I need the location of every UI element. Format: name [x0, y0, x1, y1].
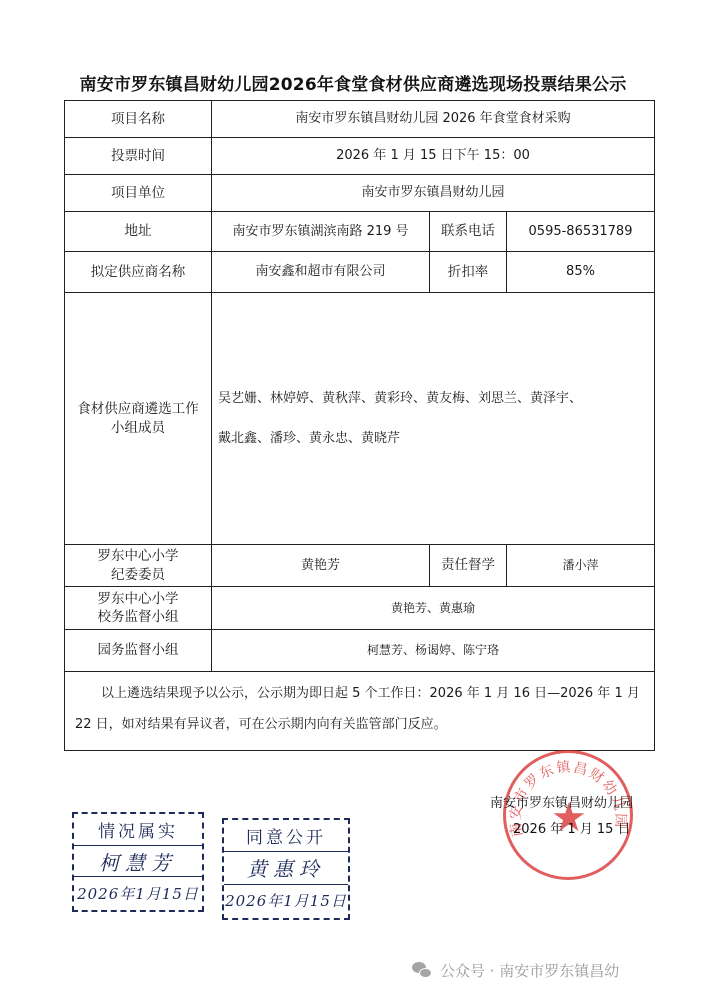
row-address: 地址 南安市罗东镇湖滨南路 219 号 联系电话 0595-86531789: [65, 212, 655, 252]
address-value: 南安市罗东镇湖滨南路 219 号: [212, 212, 430, 252]
address-label: 地址: [65, 212, 212, 252]
wechat-watermark: 公众号 · 南安市罗东镇昌幼: [412, 960, 619, 981]
row-supplier: 拟定供应商名称 南安鑫和超市有限公司 折扣率 85%: [65, 252, 655, 293]
stamp-2-date: 2026年1月15日: [224, 885, 348, 917]
phone-label: 联系电话: [430, 212, 507, 252]
notice-cell: 以上遴选结果现予以公示，公示期为即日起 5 个工作日：2026 年 1 月 16…: [65, 672, 655, 751]
discount-value: 85%: [507, 252, 655, 293]
discipline-label-line-2: 纪委委员: [69, 566, 207, 584]
official-seal: 南安市罗东镇昌财幼儿园 ★: [503, 750, 633, 880]
row-members: 食材供应商遴选工作小组成员 吴艺姗、林婷婷、黄秋萍、黄彩玲、黄友梅、刘思兰、黄泽…: [65, 293, 655, 545]
seal-date: 2026 年 1 月 15 日: [513, 818, 631, 837]
notice-text: 以上遴选结果现予以公示，公示期为即日起 5 个工作日：2026 年 1 月 16…: [75, 678, 644, 740]
school-supervision-label: 罗东中心小学 校务监督小组: [65, 587, 212, 630]
wechat-icon: [412, 962, 434, 980]
seal-organization: 南安市罗东镇昌财幼儿园: [490, 792, 633, 811]
supplier-value: 南安鑫和超市有限公司: [212, 252, 430, 293]
result-table: 项目名称 南安市罗东镇昌财幼儿园 2026 年食堂食材采购 投票时间 2026 …: [64, 100, 655, 751]
row-vote-time: 投票时间 2026 年 1 月 15 日下午 15：00: [65, 138, 655, 175]
discipline-value: 黄艳芳: [212, 545, 430, 587]
project-unit-value: 南安市罗东镇昌财幼儿园: [212, 175, 655, 212]
discount-label: 折扣率: [430, 252, 507, 293]
members-line-2: 戴北鑫、潘珍、黄永忠、黄晓芹: [218, 419, 650, 459]
school-supervision-value: 黄艳芳、黄惠瑜: [212, 587, 655, 630]
handwritten-stamp-1: 情况属实 柯慧芳 2026年1月15日: [72, 812, 204, 912]
school-supervision-label-line-2: 校务监督小组: [69, 608, 207, 626]
page-title: 南安市罗东镇昌财幼儿园2026年食堂食材供应商遴选现场投票结果公示: [0, 70, 706, 95]
kindergarten-supervision-label: 园务监督小组: [65, 630, 212, 672]
supervisor-value: 潘小萍: [507, 545, 655, 587]
school-supervision-label-line-1: 罗东中心小学: [69, 590, 207, 608]
project-name-value: 南安市罗东镇昌财幼儿园 2026 年食堂食材采购: [212, 101, 655, 138]
stamp-2-line: 同意公开: [224, 820, 348, 852]
row-discipline: 罗东中心小学 纪委委员 黄艳芳 责任督学 潘小萍: [65, 545, 655, 587]
stamp-1-date: 2026年1月15日: [74, 877, 202, 909]
members-value: 吴艺姗、林婷婷、黄秋萍、黄彩玲、黄友梅、刘思兰、黄泽宇、 戴北鑫、潘珍、黄永忠、…: [212, 293, 655, 545]
phone-value: 0595-86531789: [507, 212, 655, 252]
stamp-1-line: 情况属实: [74, 814, 202, 846]
row-kindergarten-supervision: 园务监督小组 柯慧芳、杨谒婷、陈宁珞: [65, 630, 655, 672]
handwritten-stamp-2: 同意公开 黄惠玲 2026年1月15日: [222, 818, 350, 920]
project-name-label: 项目名称: [65, 101, 212, 138]
row-project-name: 项目名称 南安市罗东镇昌财幼儿园 2026 年食堂食材采购: [65, 101, 655, 138]
row-project-unit: 项目单位 南安市罗东镇昌财幼儿园: [65, 175, 655, 212]
supervisor-label: 责任督学: [430, 545, 507, 587]
vote-time-label: 投票时间: [65, 138, 212, 175]
discipline-label: 罗东中心小学 纪委委员: [65, 545, 212, 587]
stamp-2-signature: 黄惠玲: [224, 852, 348, 884]
stamp-1-signature: 柯慧芳: [74, 846, 202, 878]
project-unit-label: 项目单位: [65, 175, 212, 212]
members-line-1: 吴艺姗、林婷婷、黄秋萍、黄彩玲、黄友梅、刘思兰、黄泽宇、: [218, 379, 650, 419]
row-school-supervision: 罗东中心小学 校务监督小组 黄艳芳、黄惠瑜: [65, 587, 655, 630]
vote-time-value: 2026 年 1 月 15 日下午 15：00: [212, 138, 655, 175]
watermark-text: 公众号 · 南安市罗东镇昌幼: [440, 960, 619, 981]
members-label: 食材供应商遴选工作小组成员: [65, 293, 212, 545]
kindergarten-supervision-value: 柯慧芳、杨谒婷、陈宁珞: [212, 630, 655, 672]
supplier-label: 拟定供应商名称: [65, 252, 212, 293]
discipline-label-line-1: 罗东中心小学: [69, 547, 207, 565]
row-notice: 以上遴选结果现予以公示，公示期为即日起 5 个工作日：2026 年 1 月 16…: [65, 672, 655, 751]
